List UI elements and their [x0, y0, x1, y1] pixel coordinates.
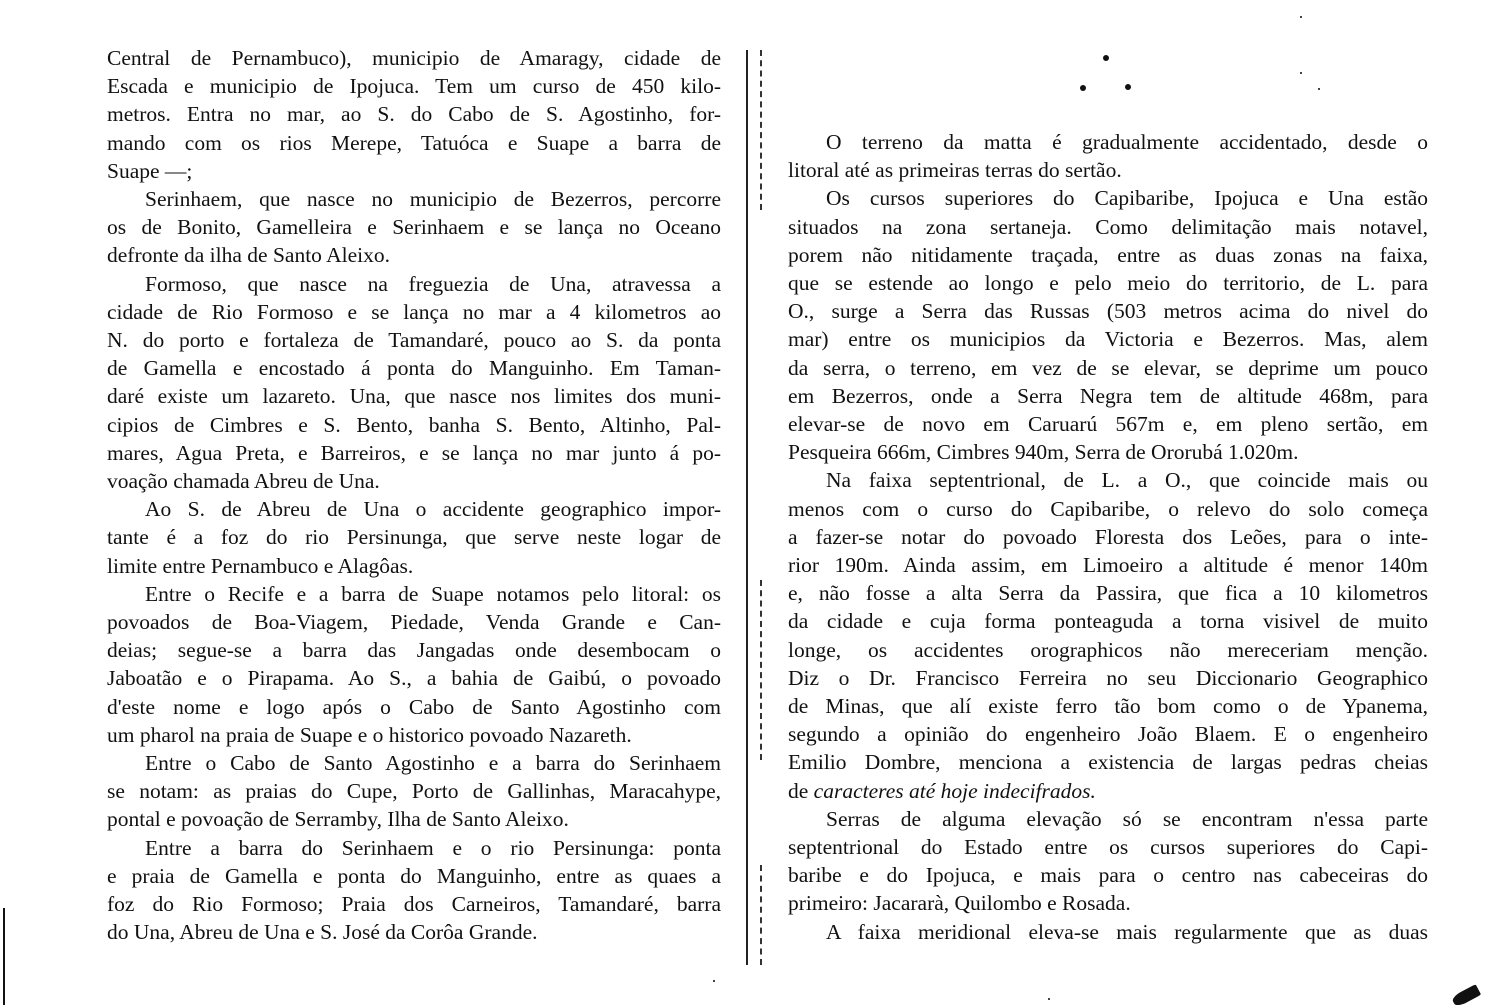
text-line: Entre o Recife e a barra de Suape notamo…: [107, 580, 721, 608]
text-line: rior 190m. Ainda assim, em Limoeiro a al…: [788, 551, 1428, 579]
text-line: segundo a opinião do engenheiro João Bla…: [788, 720, 1428, 748]
text-line: defronte da ilha de Santo Aleixo.: [107, 241, 721, 269]
scan-speck: [1318, 88, 1320, 90]
text-line: de Minas, que alí existe ferro tão bom c…: [788, 692, 1428, 720]
paragraph-persinunga: Ao S. de Abreu de Una o accidente geogra…: [107, 495, 721, 580]
text-line: Na faixa septentrional, de L. a O., que …: [788, 466, 1428, 494]
text-line: primeiro: Jacararà, Quilombo e Rosada.: [788, 889, 1428, 917]
text-line: menos com o curso do Capibaribe, o relev…: [788, 495, 1428, 523]
text-line: e praia de Gamella e ponta do Manguinho,…: [107, 862, 721, 890]
column-divider-rule: [746, 50, 748, 965]
text-line: Pesqueira 666m, Cimbres 940m, Serra de O…: [788, 438, 1428, 466]
scan-speck: [1048, 998, 1050, 1000]
paragraph-faixa-septentrional: Na faixa septentrional, de L. a O., que …: [788, 466, 1428, 804]
scan-speck: [1300, 16, 1302, 18]
paragraph-terreno-matta: O terreno da matta é gradualmente accide…: [788, 128, 1428, 184]
text-line: pontal e povoação de Serramby, Ilha de S…: [107, 805, 721, 833]
scan-speck: [1300, 72, 1302, 74]
text-line: O terreno da matta é gradualmente accide…: [788, 128, 1428, 156]
scan-edge-mark: [3, 908, 5, 1005]
text-line: que se estende ao longo e pelo meio do t…: [788, 269, 1428, 297]
text-line: da serra, o terreno, em vez de se elevar…: [788, 354, 1428, 382]
text-line: e, não fosse a alta Serra da Passira, qu…: [788, 579, 1428, 607]
italic-text: caracteres até hoje indecifrados.: [814, 779, 1096, 803]
text-line: limite entre Pernambuco e Alagôas.: [107, 552, 721, 580]
text-line: cipios de Cimbres e S. Bento, banha S. B…: [107, 411, 721, 439]
paragraph-faixa-meridional: A faixa meridional eleva-se mais regular…: [788, 918, 1428, 946]
text-line: N. do porto e fortaleza de Tamandaré, po…: [107, 326, 721, 354]
column-divider-rule-dashed: [760, 50, 762, 210]
text-line: Ao S. de Abreu de Una o accidente geogra…: [107, 495, 721, 523]
text-line: da cidade e cuja forma ponteaguda a torn…: [788, 607, 1428, 635]
text-line: litoral até as primeiras terras do sertã…: [788, 156, 1428, 184]
column-divider-rule-dashed: [760, 865, 762, 965]
text-line: cidade de Rio Formoso e se lança no mar …: [107, 298, 721, 326]
text-line: mando com os rios Merepe, Tatuóca e Suap…: [107, 129, 721, 157]
text-line: mares, Agua Preta, e Barreiros, e se lan…: [107, 439, 721, 467]
text-line: a fazer-se notar do povoado Floresta dos…: [788, 523, 1428, 551]
text-line: situados na zona sertaneja. Como delimit…: [788, 213, 1428, 241]
text-line: Serinhaem, que nasce no municipio de Bez…: [107, 185, 721, 213]
text-line: povoados de Boa-Viagem, Piedade, Venda G…: [107, 608, 721, 636]
text-line: Suape —;: [107, 157, 721, 185]
text-line: daré existe um lazareto. Una, que nasce …: [107, 382, 721, 410]
text-line: Entre a barra do Serinhaem e o rio Persi…: [107, 834, 721, 862]
text-line: um pharol na praia de Suape e o historic…: [107, 721, 721, 749]
text-plain: de: [788, 779, 814, 803]
paragraph-serras-elevacao: Serras de alguma elevação só se encontra…: [788, 805, 1428, 918]
scan-speck: [713, 980, 715, 982]
text-line: voação chamada Abreu de Una.: [107, 467, 721, 495]
scan-corner-mark: [1451, 984, 1481, 1005]
text-line: Jaboatão e o Pirapama. Ao S., a bahia de…: [107, 664, 721, 692]
paragraph-cursos-superiores: Os cursos superiores do Capibaribe, Ipoj…: [788, 184, 1428, 466]
text-line: Formoso, que nasce na freguezia de Una, …: [107, 270, 721, 298]
text-line: A faixa meridional eleva-se mais regular…: [788, 918, 1428, 946]
text-line: elevar-se de novo em Caruarú 567m e, em …: [788, 410, 1428, 438]
text-line: metros. Entra no mar, ao S. do Cabo de S…: [107, 100, 721, 128]
text-line: se notam: as praias do Cupe, Porto de Ga…: [107, 777, 721, 805]
paragraph-serinhaem-persinunga: Entre a barra do Serinhaem e o rio Persi…: [107, 834, 721, 947]
text-line: longe, os accidentes orographicos não me…: [788, 636, 1428, 664]
text-line: d'este nome e logo após o Cabo de Santo …: [107, 693, 721, 721]
text-line: tante é a foz do rio Persinunga, que ser…: [107, 523, 721, 551]
text-line: de Gamella e encostado á ponta do Mangui…: [107, 354, 721, 382]
text-line: foz do Rio Formoso; Praia dos Carneiros,…: [107, 890, 721, 918]
text-line: O., surge a Serra das Russas (503 metros…: [788, 297, 1428, 325]
paragraph-cabo-serinhaem: Entre o Cabo de Santo Agostinho e a barr…: [107, 749, 721, 834]
paragraph-formoso: Formoso, que nasce na freguezia de Una, …: [107, 270, 721, 496]
text-line: mar) entre os municipios da Victoria e B…: [788, 325, 1428, 353]
text-line: deias; segue-se a barra das Jangadas ond…: [107, 636, 721, 664]
left-column: Central de Pernambuco), municipio de Ama…: [107, 44, 721, 947]
text-line: os de Bonito, Gamelleira e Serinhaem e s…: [107, 213, 721, 241]
text-line: baribe e do Ipojuca, e mais para o centr…: [788, 861, 1428, 889]
paragraph-ipojuca-end: Central de Pernambuco), municipio de Ama…: [107, 44, 721, 185]
text-line: Os cursos superiores do Capibaribe, Ipoj…: [788, 184, 1428, 212]
text-line: em Bezerros, onde a Serra Negra tem de a…: [788, 382, 1428, 410]
column-divider-rule-dashed: [760, 580, 762, 760]
text-line: Emilio Dombre, menciona a existencia de …: [788, 748, 1428, 776]
text-line: de caracteres até hoje indecifrados.: [788, 777, 1428, 805]
paragraph-recife-suape: Entre o Recife e a barra de Suape notamo…: [107, 580, 721, 749]
right-column: O terreno da matta é gradualmente accide…: [788, 128, 1428, 946]
text-line: Diz o Dr. Francisco Ferreira no seu Dicc…: [788, 664, 1428, 692]
text-line: Entre o Cabo de Santo Agostinho e a barr…: [107, 749, 721, 777]
paragraph-serinhaem: Serinhaem, que nasce no municipio de Bez…: [107, 185, 721, 270]
text-line: do Una, Abreu de Una e S. José da Corôa …: [107, 918, 721, 946]
text-line: septentrional do Estado entre os cursos …: [788, 833, 1428, 861]
text-line: Escada e municipio de Ipojuca. Tem um cu…: [107, 72, 721, 100]
text-line: Central de Pernambuco), municipio de Ama…: [107, 44, 721, 72]
text-line: Serras de alguma elevação só se encontra…: [788, 805, 1428, 833]
text-line: porem não nitidamente traçada, entre as …: [788, 241, 1428, 269]
